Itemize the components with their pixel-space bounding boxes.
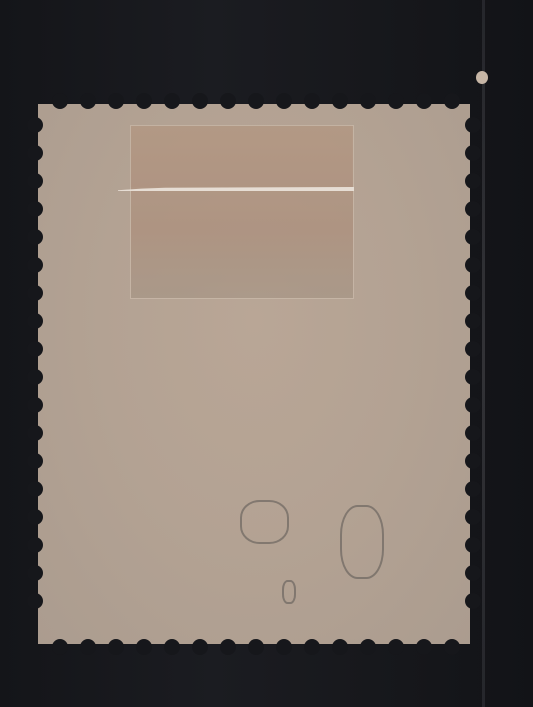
perforation-hole	[248, 639, 264, 655]
perforation-hole	[332, 93, 348, 109]
perforation-hole	[52, 639, 68, 655]
perforation-hole	[27, 229, 43, 245]
perforation-hole	[465, 509, 481, 525]
pencil-mark	[282, 580, 296, 604]
perforation-hole	[465, 369, 481, 385]
perforation-hole	[332, 639, 348, 655]
perforation-hole	[444, 639, 460, 655]
perforation-hole	[136, 93, 152, 109]
perforation-hole	[27, 285, 43, 301]
perforation-hole	[465, 257, 481, 273]
perforation-hole	[27, 593, 43, 609]
perforation-hole	[27, 369, 43, 385]
pencil-mark	[340, 505, 384, 579]
perforation-hole	[465, 565, 481, 581]
hinge-remnant	[130, 125, 354, 299]
perforation-hole	[360, 93, 376, 109]
perforation-hole	[388, 93, 404, 109]
perforation-hole	[465, 313, 481, 329]
perforation-hole	[220, 93, 236, 109]
perforation-hole	[164, 93, 180, 109]
perforation-hole	[388, 639, 404, 655]
perforation-hole	[248, 93, 264, 109]
pencil-mark	[240, 500, 289, 544]
perforation-hole	[136, 639, 152, 655]
perforation-hole	[27, 481, 43, 497]
perforation-hole	[80, 639, 96, 655]
paper-fragment	[476, 71, 488, 84]
perforation-hole	[465, 173, 481, 189]
perforation-hole	[444, 93, 460, 109]
perforation-hole	[27, 145, 43, 161]
perforation-hole	[465, 397, 481, 413]
perforation-hole	[27, 453, 43, 469]
background-edge-line	[482, 0, 485, 707]
perforation-hole	[27, 537, 43, 553]
perforation-hole	[304, 639, 320, 655]
perforation-hole	[465, 285, 481, 301]
perforation-hole	[465, 341, 481, 357]
perforation-hole	[304, 93, 320, 109]
perforation-hole	[465, 201, 481, 217]
perforation-hole	[27, 341, 43, 357]
perforation-hole	[465, 537, 481, 553]
perforation-hole	[276, 639, 292, 655]
perforation-hole	[27, 201, 43, 217]
perforation-hole	[27, 509, 43, 525]
perforation-hole	[465, 453, 481, 469]
perforation-hole	[360, 639, 376, 655]
perforation-hole	[465, 229, 481, 245]
perforation-hole	[52, 93, 68, 109]
perforation-hole	[164, 639, 180, 655]
perforation-hole	[416, 639, 432, 655]
perforation-hole	[416, 93, 432, 109]
perforation-hole	[465, 593, 481, 609]
perforation-hole	[27, 313, 43, 329]
perforation-hole	[108, 93, 124, 109]
perforation-hole	[465, 425, 481, 441]
perforation-hole	[108, 639, 124, 655]
perforation-hole	[27, 397, 43, 413]
perforation-hole	[465, 481, 481, 497]
perforation-hole	[192, 93, 208, 109]
perforation-hole	[27, 173, 43, 189]
perforation-hole	[276, 93, 292, 109]
perforation-hole	[27, 425, 43, 441]
perforation-hole	[27, 565, 43, 581]
perforation-hole	[220, 639, 236, 655]
perforation-hole	[27, 117, 43, 133]
perforation-hole	[80, 93, 96, 109]
perforation-hole	[465, 145, 481, 161]
perforation-hole	[27, 257, 43, 273]
perforation-hole	[192, 639, 208, 655]
perforation-hole	[465, 117, 481, 133]
